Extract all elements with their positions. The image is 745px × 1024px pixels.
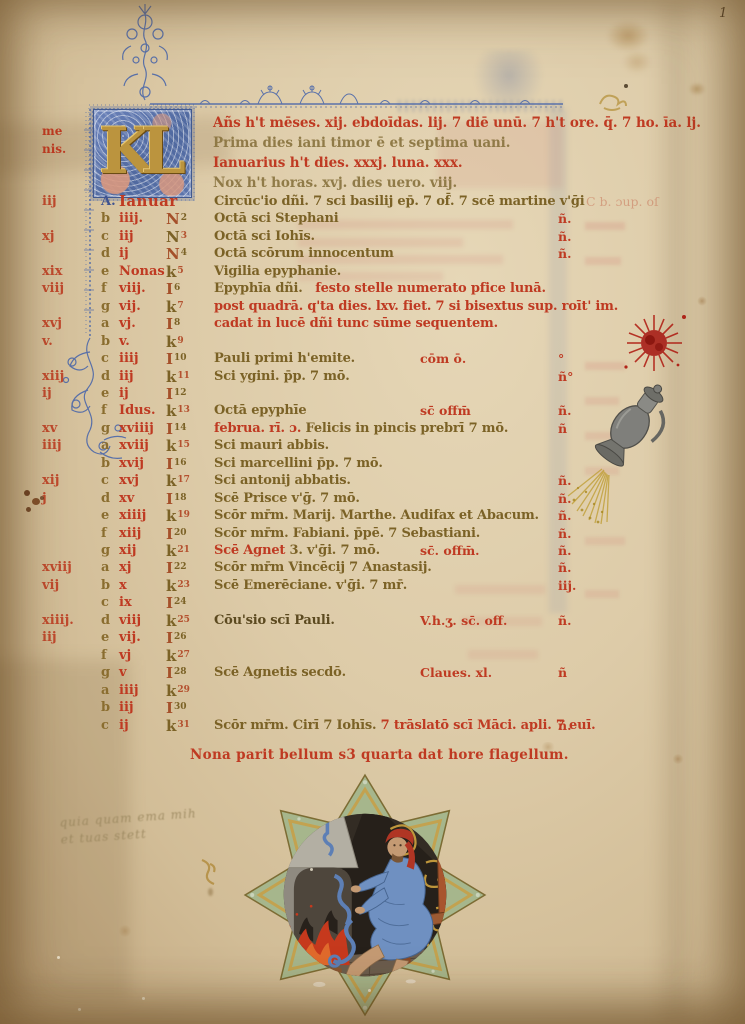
- roman-calendar-date: x: [119, 577, 167, 594]
- day-number: N4: [166, 245, 187, 264]
- day-number: I10: [166, 350, 187, 369]
- calendar-row-day-14: xvgxviiijI14februa. rī. ɔ. Felicis in pi…: [38, 420, 745, 438]
- feast-entry: Octā scōrum innocentum: [214, 245, 394, 262]
- calendar-header: Añs h't mēses. xij. ebdoīdas. lij. 7 diē…: [213, 115, 713, 195]
- feast-text: Scē Emerēciane. v'ḡi. 7 mr̄.: [214, 578, 407, 593]
- edge-fragment: me: [42, 124, 62, 138]
- feast-text: Scē Agnet: [214, 543, 285, 558]
- golden-number: xv: [42, 420, 96, 437]
- margin-mark: °: [558, 350, 564, 367]
- office-note: sc̄ offm̄: [420, 402, 570, 419]
- margin-mark: ñ.: [558, 507, 571, 524]
- dominical-letter: b: [101, 699, 110, 716]
- office-note: Claues. xl.: [420, 664, 570, 681]
- roman-calendar-date: xiiij: [119, 507, 167, 524]
- day-number: N3: [166, 228, 187, 247]
- feast-entry: Sci ygini. p̄p. 7 mō.: [214, 368, 350, 385]
- calendar-row-day-8: xvjavj.I8cadat in lucē dñi tunc sūme seq…: [38, 315, 745, 333]
- calendar-row-day-2: biiij.N2Octā sci Stephaniñ.: [38, 210, 745, 228]
- feast-text: Sci ygini. p̄p. 7 mō.: [214, 369, 350, 384]
- marginal-annotation: quia quam ema mihet tuas stett: [59, 805, 198, 849]
- roman-calendar-date: iiij.: [119, 210, 167, 227]
- day-number: I8: [166, 315, 180, 334]
- dominical-letter: g: [101, 542, 110, 559]
- calendar-row-day-21: gxijk21Scē Agnet 3. v'ḡi. 7 mō.sc̄. offm…: [38, 542, 745, 560]
- margin-mark: ñ°: [558, 368, 573, 385]
- feast-entry: Scōr mr̄m. Fabiani. p̄pē. 7 Sebastiani.: [214, 525, 480, 542]
- kl-initial: K L: [93, 109, 192, 198]
- margin-mark: ñ.: [558, 472, 571, 489]
- margin-mark: ñ: [558, 664, 567, 681]
- golden-number: j: [42, 490, 96, 507]
- day-number: I22: [166, 559, 187, 578]
- roman-calendar-date: xiij: [119, 525, 167, 542]
- roman-calendar-date: vj: [119, 647, 167, 664]
- calendar-table: iijA.IanuarCircūc'io dñi. 7 sci basilij …: [38, 193, 745, 753]
- calendar-row-day-4: dijN4Octā scōrum innocentumñ.: [38, 245, 745, 263]
- feast-entry: Vigilia epyphanie.: [214, 263, 341, 280]
- dominical-letter: A.: [101, 193, 116, 210]
- feast-entry: Sci mauri abbis.: [214, 437, 329, 454]
- header-line-1: Añs h't mēses. xij. ebdoīdas. lij. 7 diē…: [213, 115, 713, 135]
- margin-mark: ñ.: [558, 612, 571, 629]
- day-number: I20: [166, 525, 187, 544]
- roman-calendar-date: xviiij: [119, 420, 167, 437]
- roman-calendar-date: ix: [119, 594, 167, 611]
- roman-calendar-date: xvj: [119, 472, 167, 489]
- day-number: I26: [166, 629, 187, 648]
- roman-calendar-date: iij: [119, 699, 167, 716]
- feast-text: Scōr mr̄m. Fabiani. p̄pē. 7 Sebastiani.: [214, 526, 480, 541]
- golden-number: xviij: [42, 559, 96, 576]
- golden-number: xix: [42, 263, 96, 280]
- edge-fragment: nis.: [42, 142, 66, 156]
- roman-calendar-date: iiij: [119, 350, 167, 367]
- dominical-letter: c: [101, 472, 109, 489]
- roman-calendar-date: v.: [119, 333, 167, 350]
- calendar-row-day-1: iijA.IanuarCircūc'io dñi. 7 sci basilij …: [38, 193, 745, 211]
- dominical-letter: g: [101, 664, 110, 681]
- gold-pen-trial: [196, 858, 220, 886]
- calendar-row-day-9: v.bv.k9: [38, 333, 745, 351]
- roman-calendar-date: xv: [119, 490, 167, 507]
- dominical-letter: a: [101, 437, 109, 454]
- verso-showthrough-ornament: [474, 50, 544, 114]
- feast-text: Sci marcellini p̄p. 7 mō.: [214, 456, 383, 471]
- feast-text: cadat in lucē dñi tunc sūme sequentem.: [214, 316, 498, 331]
- roman-calendar-date: viij.: [119, 280, 167, 297]
- roman-calendar-date: ij: [119, 717, 167, 734]
- feast-entry: Epyphīa dñi. festo stelle numerato pfice…: [214, 280, 546, 297]
- margin-mark: ñ.: [558, 245, 571, 262]
- feast-entry: Scōr mr̄m Vincēcij 7 Anastasij.: [214, 559, 432, 576]
- margin-mark: ñ.: [558, 525, 571, 542]
- feast-text: Octā epyphīe: [214, 403, 306, 418]
- dominical-letter: d: [101, 612, 110, 629]
- calendar-row-day-16: bxvijI16Sci marcellini p̄p. 7 mō.: [38, 455, 745, 473]
- roman-calendar-date: xj: [119, 559, 167, 576]
- feast-text: post quadrā. q'ta dies. lxv. fiet. 7 si …: [214, 299, 618, 314]
- faded-offset-note: C b. ɔup. oſ: [586, 193, 659, 210]
- feast-text: Cōu'sio scī Pauli.: [214, 613, 335, 628]
- egyptian-days-verse: Nona parit bellum s3 quarta dat hore fla…: [190, 747, 590, 763]
- day-number: I30: [166, 699, 187, 718]
- dominical-letter: b: [101, 210, 110, 227]
- feast-entry: Scē Emerēciane. v'ḡi. 7 mr̄.: [214, 577, 407, 594]
- dominical-letter: e: [101, 263, 109, 280]
- dominical-letter: g: [101, 420, 110, 437]
- day-number: I14: [166, 420, 187, 439]
- feast-text: 3. v'ḡi. 7 mō.: [285, 543, 380, 558]
- office-note: V.h.ʒ. sc̄. off.: [420, 612, 570, 629]
- dominical-letter: c: [101, 228, 109, 245]
- day-number: I18: [166, 490, 187, 509]
- calendar-row-day-15: iiijaxviijk15Sci mauri abbis.: [38, 437, 745, 455]
- margin-mark: ñ.: [558, 490, 571, 507]
- feast-text: Octā scōrum innocentum: [214, 246, 394, 261]
- feast-entry: Octā sci Stephani: [214, 210, 339, 227]
- dominical-letter: e: [101, 629, 109, 646]
- roman-calendar-date: vj.: [119, 315, 167, 332]
- calendar-row-day-24: cixI24: [38, 594, 745, 612]
- roman-calendar-date: iij: [119, 228, 167, 245]
- roman-calendar-date: ij: [119, 385, 167, 402]
- day-number: k27: [166, 647, 190, 666]
- roman-calendar-date: xij: [119, 542, 167, 559]
- golden-number: xj: [42, 228, 96, 245]
- calendar-row-day-22: xviijaxjI22Scōr mr̄m Vincēcij 7 Anastasi…: [38, 559, 745, 577]
- dominical-letter: a: [101, 315, 109, 332]
- feast-entry: Scōr mr̄m. Cirī 7 Iohīs. 7 trāslatō scī …: [214, 717, 595, 734]
- feast-entry: Octā epyphīe: [214, 402, 306, 419]
- day-number: k31: [166, 717, 190, 736]
- dominical-letter: g: [101, 298, 110, 315]
- feast-text: Scē Agnetis secdō.: [214, 665, 346, 680]
- feast-entry: Octā sci Iohīs.: [214, 228, 315, 245]
- dominical-letter: b: [101, 577, 110, 594]
- calendar-row-day-6: viijfviij.I6Epyphīa dñi. festo stelle nu…: [38, 280, 745, 298]
- margin-mark: ñ: [558, 420, 567, 437]
- margin-mark: ñ.: [558, 559, 571, 576]
- roman-calendar-date: xviij: [119, 437, 167, 454]
- golden-number: xvj: [42, 315, 96, 332]
- feast-text: Felicis in pincis prebrī 7 mō.: [306, 421, 509, 436]
- feast-entry: Cōu'sio scī Pauli.: [214, 612, 335, 629]
- gold-pen-trial: [596, 86, 630, 114]
- dominical-letter: a: [101, 682, 109, 699]
- feast-text: februa. rī. ɔ.: [214, 421, 306, 436]
- calendar-row-day-25: xiiij.dviijk25Cōu'sio scī Pauli.V.h.ʒ. s…: [38, 612, 745, 630]
- roman-calendar-date: vij.: [119, 629, 167, 646]
- calendar-row-day-17: xijcxvjk17Sci antonij abbatis.ñ.: [38, 472, 745, 490]
- day-number: k23: [166, 577, 190, 596]
- golden-number: vij: [42, 577, 96, 594]
- initial-letter-l: L: [141, 110, 186, 194]
- day-number: k29: [166, 682, 190, 701]
- feast-entry: Circūc'io dñi. 7 sci basilij ep̄. 7 of̄.…: [214, 193, 585, 210]
- day-number: I6: [166, 280, 180, 299]
- roman-calendar-date: v: [119, 664, 167, 681]
- golden-number: xiiij.: [42, 612, 96, 629]
- folio-number: 1: [719, 6, 727, 21]
- day-number: k17: [166, 472, 190, 491]
- feast-entry: Scōr mr̄m. Marij. Marthe. Audifax et Aba…: [214, 507, 539, 524]
- header-line-4: Nox h't horas. xvj. dies uero. viij.: [213, 175, 713, 195]
- golden-number: iiij: [42, 437, 96, 454]
- feast-text: Scōr mr̄m. Cirī 7 Iohīs.: [214, 718, 381, 733]
- golden-number: ij: [42, 385, 96, 402]
- dominical-letter: f: [101, 647, 107, 664]
- header-line-2: Prima dies iani timor ē et septima uani.: [213, 135, 713, 155]
- january-miniature: [238, 766, 492, 1020]
- calendar-row-day-31: cijk31Scōr mr̄m. Cirī 7 Iohīs. 7 trāslat…: [38, 717, 745, 735]
- dominical-letter: e: [101, 507, 109, 524]
- dominical-letter: e: [101, 385, 109, 402]
- feast-text: Vigilia epyphanie.: [214, 264, 341, 279]
- dominical-letter: b: [101, 455, 110, 472]
- feast-text: Pauli primi h'emite.: [214, 351, 355, 366]
- calendar-row-day-3: xjciijN3Octā sci Iohīs.ñ.: [38, 228, 745, 246]
- day-number: k11: [166, 368, 190, 387]
- roman-calendar-date: viij: [119, 612, 167, 629]
- feast-entry: Sci antonij abbatis.: [214, 472, 351, 489]
- roman-calendar-date: Nonas: [119, 263, 167, 280]
- dominical-letter: a: [101, 559, 109, 576]
- feast-entry: Scē Prisce v'ḡ. 7 mō.: [214, 490, 360, 507]
- calendar-row-day-11: xiijdiijk11Sci ygini. p̄p. 7 mō.ñ°: [38, 368, 745, 386]
- feast-text: Scōr mr̄m. Marij. Marthe. Audifax et Aba…: [214, 508, 539, 523]
- feast-entry: post quadrā. q'ta dies. lxv. fiet. 7 si …: [214, 298, 618, 315]
- day-number: k21: [166, 542, 190, 561]
- roman-calendar-date: vij.: [119, 298, 167, 315]
- calendar-row-day-27: fvjk27: [38, 647, 745, 665]
- feast-text: Octā sci Stephani: [214, 211, 339, 226]
- roman-calendar-date: ij: [119, 245, 167, 262]
- dominical-letter: f: [101, 402, 107, 419]
- roman-calendar-date: Ianuar: [119, 193, 167, 210]
- golden-number: xiij: [42, 368, 96, 385]
- margin-mark: ñ.: [558, 228, 571, 245]
- day-number: k5: [166, 263, 184, 282]
- verso-showthrough: [398, 100, 563, 112]
- dominical-letter: c: [101, 350, 109, 367]
- feast-text: Epyphīa dñi.: [214, 281, 303, 296]
- golden-number: xij: [42, 472, 96, 489]
- calendar-row-day-30: biijI30: [38, 699, 745, 717]
- header-line-3: Ianuarius h't dies. xxxj. luna. xxx.: [213, 155, 713, 175]
- day-number: k7: [166, 298, 184, 317]
- golden-number: viij: [42, 280, 96, 297]
- day-number: I24: [166, 594, 187, 613]
- roman-calendar-date: iiij: [119, 682, 167, 699]
- feast-text: Sci mauri abbis.: [214, 438, 329, 453]
- feast-text: Octā sci Iohīs.: [214, 229, 315, 244]
- calendar-row-day-20: fxiijI20Scōr mr̄m. Fabiani. p̄pē. 7 Seba…: [38, 525, 745, 543]
- feast-entry: februa. rī. ɔ. Felicis in pincis prebrī …: [214, 420, 508, 437]
- feast-text: Scōr mr̄m Vincēcij 7 Anastasij.: [214, 560, 432, 575]
- margin-mark: ñ.: [558, 210, 571, 227]
- day-number: I16: [166, 455, 187, 474]
- day-number: N2: [166, 210, 187, 229]
- day-number: I28: [166, 664, 187, 683]
- day-number: k25: [166, 612, 190, 631]
- feast-text: Sci antonij abbatis.: [214, 473, 351, 488]
- office-note: cōm ō.: [420, 350, 570, 367]
- dominical-letter: c: [101, 717, 109, 734]
- calendar-row-day-13: fIdus.k13Octā epyphīesc̄ offm̄ñ.: [38, 402, 745, 420]
- day-number: k19: [166, 507, 190, 526]
- feast-entry: Scē Agnet 3. v'ḡi. 7 mō.: [214, 542, 380, 559]
- day-number: k15: [166, 437, 190, 456]
- calendar-row-day-26: iijevij.I26: [38, 629, 745, 647]
- feast-entry: Sci marcellini p̄p. 7 mō.: [214, 455, 383, 472]
- calendar-row-day-5: xixeNonask5Vigilia epyphanie.: [38, 263, 745, 281]
- calendar-row-day-18: jdxvI18Scē Prisce v'ḡ. 7 mō.ñ.: [38, 490, 745, 508]
- dominical-letter: d: [101, 368, 110, 385]
- calendar-row-day-7: gvij.k7post quadrā. q'ta dies. lxv. fiet…: [38, 298, 745, 316]
- golden-number: iij: [42, 629, 96, 646]
- manuscript-page: K L me nis. 1 Añs h't mēses. xij. ebdoīd…: [0, 0, 745, 1024]
- margin-mark: ñ.: [558, 717, 571, 734]
- office-note: sc̄. offm̄.: [420, 542, 570, 559]
- calendar-row-day-23: vijbxk23Scē Emerēciane. v'ḡi. 7 mr̄.iij.: [38, 577, 745, 595]
- roman-calendar-date: iij: [119, 368, 167, 385]
- feast-text: Scē Prisce v'ḡ. 7 mō.: [214, 491, 360, 506]
- feast-entry: cadat in lucē dñi tunc sūme sequentem.: [214, 315, 498, 332]
- feast-text: Circūc'io dñi. 7 sci basilij ep̄. 7 of̄.…: [214, 194, 585, 209]
- day-number: k9: [166, 333, 184, 352]
- dominical-letter: f: [101, 525, 107, 542]
- margin-mark: ñ.: [558, 542, 571, 559]
- day-number: I12: [166, 385, 187, 404]
- feast-entry: Pauli primi h'emite.: [214, 350, 355, 367]
- dominical-letter: c: [101, 594, 109, 611]
- calendar-row-day-28: gvI28Scē Agnetis secdō.Claues. xl.ñ: [38, 664, 745, 682]
- dominical-letter: b: [101, 333, 110, 350]
- golden-number: v.: [42, 333, 96, 350]
- day-number: k13: [166, 402, 190, 421]
- calendar-row-day-10: ciiijI10Pauli primi h'emite.cōm ō.°: [38, 350, 745, 368]
- calendar-row-day-19: exiiijk19Scōr mr̄m. Marij. Marthe. Audif…: [38, 507, 745, 525]
- roman-calendar-date: xvij: [119, 455, 167, 472]
- margin-mark: ñ.: [558, 402, 571, 419]
- calendar-row-day-29: aiiijk29: [38, 682, 745, 700]
- feast-entry: Scē Agnetis secdō.: [214, 664, 346, 681]
- roman-calendar-date: Idus.: [119, 402, 167, 419]
- dominical-letter: d: [101, 245, 110, 262]
- golden-number: iij: [42, 193, 96, 210]
- margin-mark: iij.: [558, 577, 576, 594]
- calendar-row-day-12: ijeijI12: [38, 385, 745, 403]
- feast-text: festo stelle numerato pfice lunā.: [303, 281, 546, 296]
- dominical-letter: f: [101, 280, 107, 297]
- dominical-letter: d: [101, 490, 110, 507]
